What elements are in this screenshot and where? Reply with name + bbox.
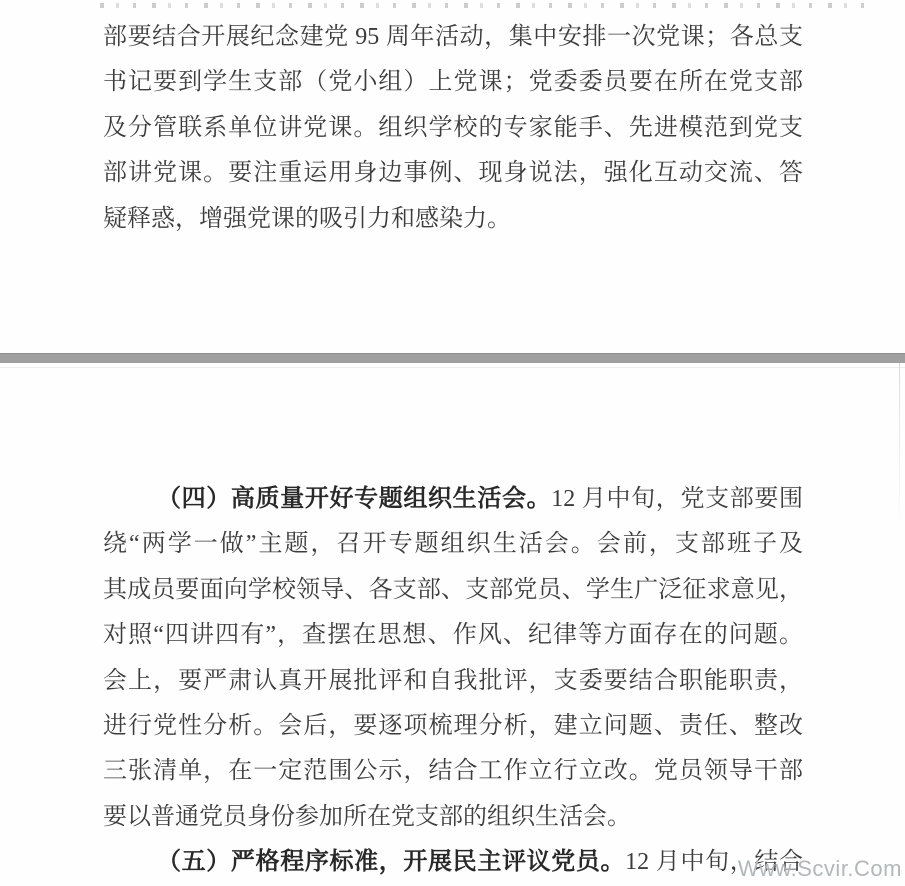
paragraph-line: 部要结合开展纪念建党 95 周年活动，集中安排一次党课；各总支 bbox=[103, 15, 803, 60]
paragraph-line: 绕“两学一做”主题，召开专题组织生活会。会前，支部班子及 bbox=[103, 522, 803, 567]
page-edge-line bbox=[899, 363, 900, 523]
top-paragraph: 部要结合开展纪念建党 95 周年活动，集中安排一次党课；各总支 书记要到学生支部… bbox=[103, 15, 803, 242]
section4-heading-line: （四）高质量开好专题组织生活会。12 月中旬，党支部要围 bbox=[103, 477, 803, 522]
page-break-subline bbox=[0, 367, 905, 368]
scanned-document-page: 部要结合开展纪念建党 95 周年活动，集中安排一次党课；各总支 书记要到学生支部… bbox=[0, 0, 905, 886]
paragraph-line: 疑释惑，增强党课的吸引力和感染力。 bbox=[103, 197, 803, 242]
paragraph-line: 其成员要面向学校领导、各支部、支部党员、学生广泛征求意见， bbox=[103, 568, 803, 613]
watermark: Www.Scvir.Com bbox=[738, 856, 902, 882]
page-break-divider bbox=[0, 353, 905, 363]
section4-line1-rest: 12 月中旬，党支部要围 bbox=[551, 486, 803, 512]
paragraph-line: 对照“四讲四有”，查摆在思想、作风、纪律等方面存在的问题。 bbox=[103, 613, 803, 658]
paragraph-line: 及分管联系单位讲党课。组织学校的专家能手、先进模范到党支 bbox=[103, 106, 803, 151]
paragraph-line: 进行党性分析。会后，要逐项梳理分析，建立问题、责任、整改 bbox=[103, 704, 803, 749]
section5-heading: （五）严格程序标准，开展民主评议党员。 bbox=[157, 849, 625, 875]
paragraph-line: 要以普通党员身份参加所在党支部的组织生活会。 bbox=[103, 795, 803, 840]
paragraph-line: 部讲党课。要注重运用身边事例、现身说法，强化互动交流、答 bbox=[103, 151, 803, 196]
section5-heading-line: （五）严格程序标准，开展民主评议党员。12 月中旬，结合 bbox=[103, 840, 803, 885]
paragraph-line: 会上，要严肃认真开展批评和自我批评，支委要结合职能职责， bbox=[103, 659, 803, 704]
paragraph-line: 书记要到学生支部（党小组）上党课；党委委员要在所在党支部 bbox=[103, 60, 803, 105]
bottom-paragraphs: （四）高质量开好专题组织生活会。12 月中旬，党支部要围 绕“两学一做”主题，召… bbox=[103, 477, 803, 886]
paragraph-line: 三张清单，在一定范围公示，结合工作立行立改。党员领导干部 bbox=[103, 749, 803, 794]
cropped-text-line-remnant bbox=[100, 3, 868, 8]
section4-heading: （四）高质量开好专题组织生活会。 bbox=[157, 486, 551, 512]
